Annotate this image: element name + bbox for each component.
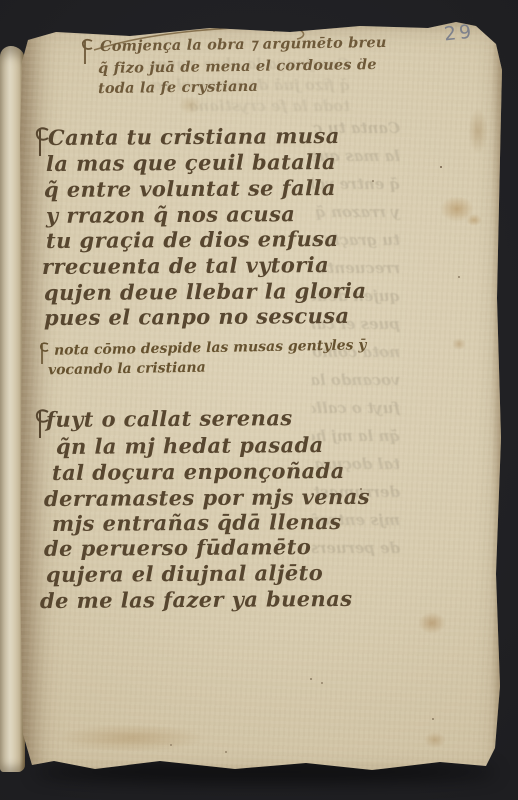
verse-line: derramastes por mjs venas: [44, 484, 370, 511]
heading-line: q̃ fizo juā de mena el cordoues de: [98, 56, 377, 77]
verse-line: y rrazon q̃ nos acusa: [46, 201, 295, 228]
verse-line: la mas que çeuil batalla: [46, 149, 336, 176]
verse-line: qujera el diujnal aljēto: [46, 560, 323, 587]
verse-line: mjs entrañas q̄dā llenas: [52, 509, 342, 536]
verse-line: q̃n la mj hedat pasada: [56, 432, 324, 459]
verse-line: pues el canpo no sescusa: [44, 303, 350, 330]
verse-line: rrecuenta de tal vytoria: [42, 252, 329, 279]
verse-line: fuyt o callat serenas: [46, 405, 293, 432]
stain: [466, 214, 482, 226]
stain: [452, 338, 466, 350]
stain: [424, 732, 446, 748]
heading-line: toda la fe crystiana: [98, 78, 258, 97]
verse-line: de me las fazer ya buenas: [40, 586, 353, 613]
stain: [418, 612, 446, 634]
manuscript-photo: Canta tu cristiana musa la mas que çeuil…: [0, 0, 518, 800]
stain: [468, 108, 488, 154]
verse-line: qujen deue llebar la gloria: [44, 278, 367, 305]
page-right-deckle-edge: [492, 18, 508, 778]
verse-line: tu graçia de dios enfusa: [46, 226, 339, 253]
rubric-note-line: nota cōmo despide las musas gentyles ȳ: [54, 337, 367, 358]
heading-line: Comjença la obra ⁊ argumēto breu: [100, 34, 387, 55]
verse-line: q̃ entre voluntat se falla: [44, 175, 336, 202]
rubric-note-line: vocando la cristiana: [48, 360, 206, 379]
verse-line: tal doçura enponçoñada: [52, 458, 345, 485]
manuscript-page: Canta tu cristiana musa la mas que çeuil…: [20, 18, 508, 778]
verse-line: Canta tu cristiana musa: [48, 123, 340, 150]
stain: [440, 196, 474, 222]
foxing-specks: [20, 18, 22, 20]
folio-number: 29: [443, 20, 475, 45]
stain: [178, 96, 202, 114]
calderon-pilcrow-icon: [80, 36, 94, 66]
verse-line: de peruerso fūdamēto: [44, 534, 311, 561]
stain: [56, 724, 206, 752]
